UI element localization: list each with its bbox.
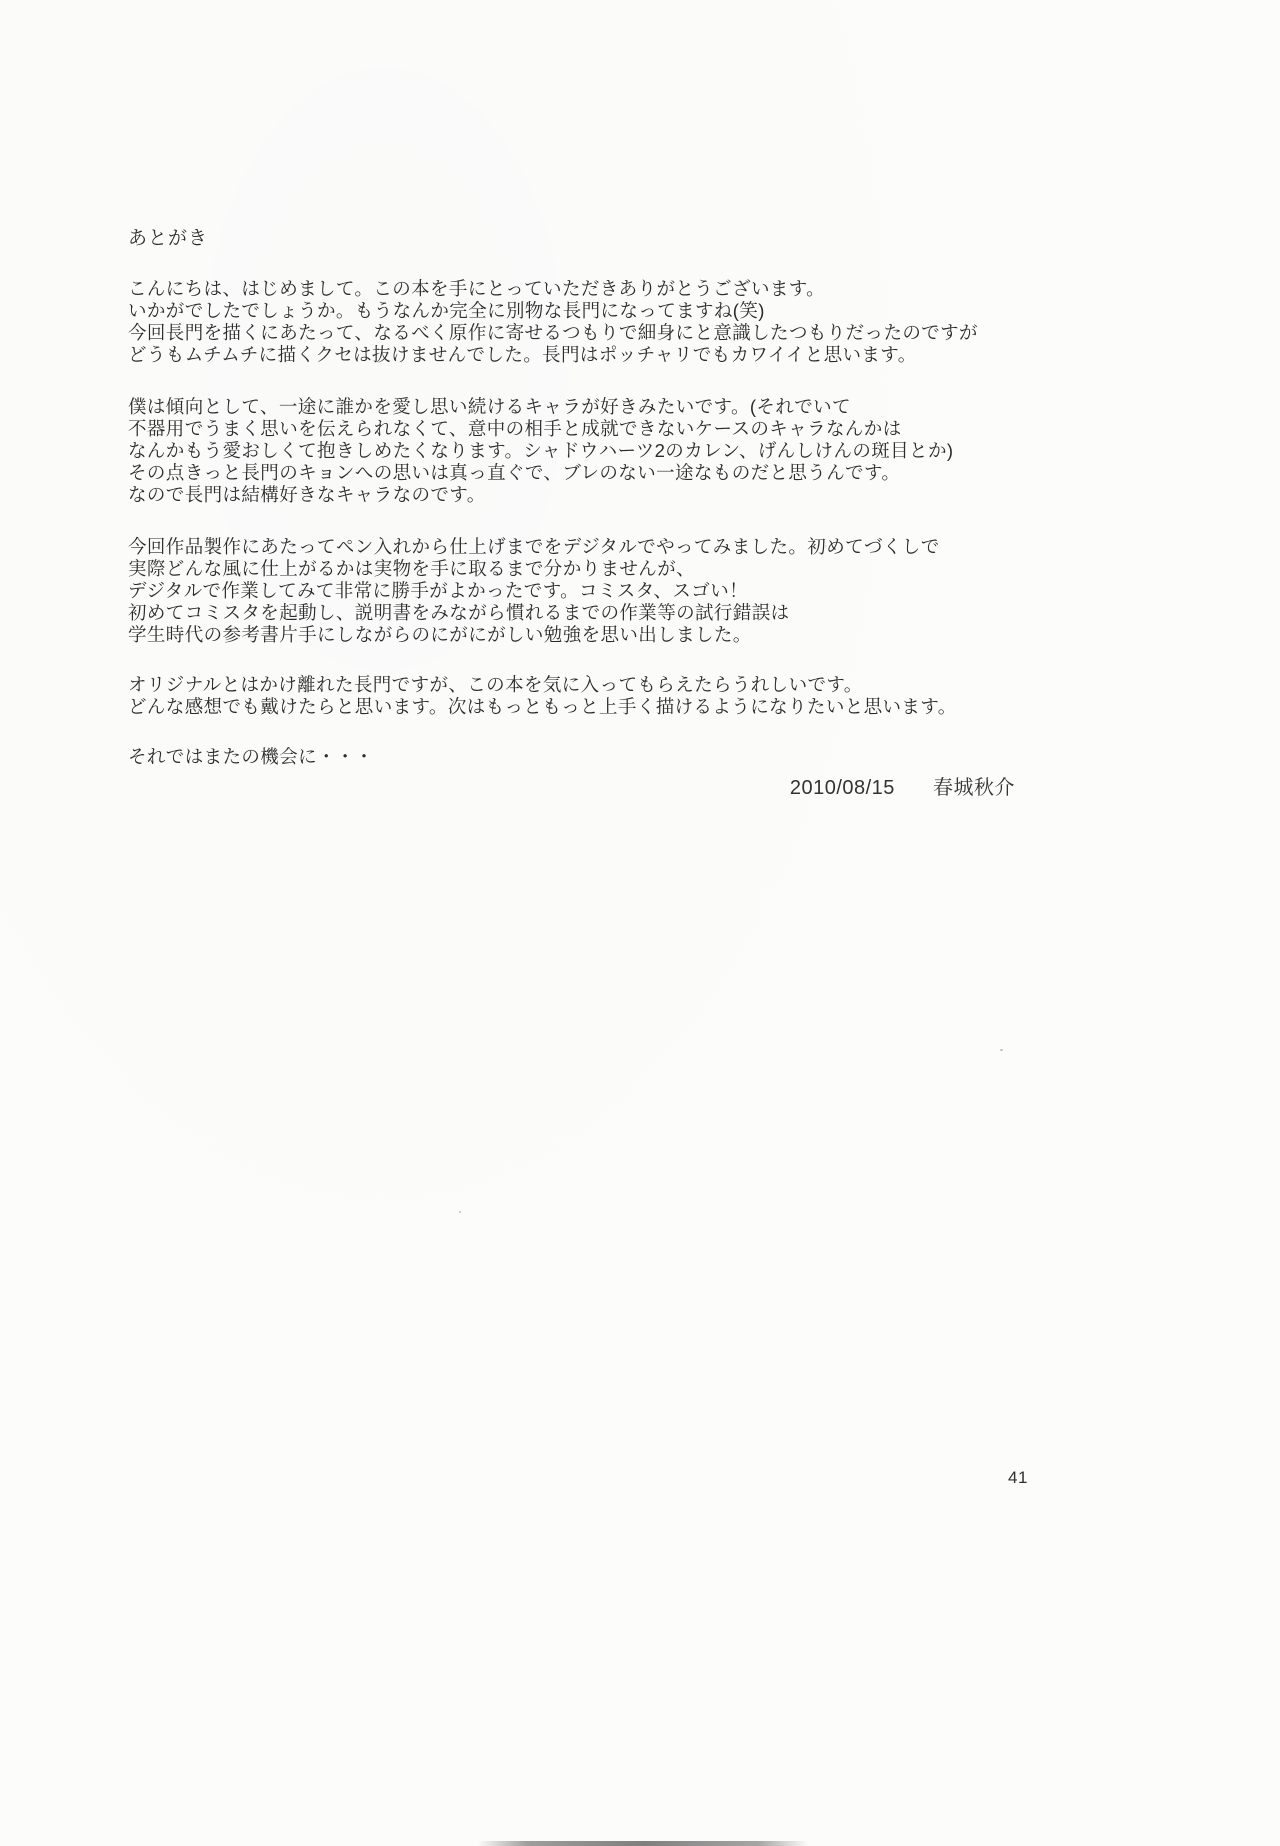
text-line: 不器用でうまく思いを伝えられなくて、意中の相手と成就できないケースのキャラなんか…: [128, 418, 1018, 440]
text-line: なので長門は結構好きなキャラなのです。: [128, 484, 1018, 506]
scan-speck: [459, 1211, 461, 1213]
closing-line: それではまたの機会に・・・: [128, 746, 1018, 768]
text-line: どんな感想でも戴けたらと思います。次はもっともっと上手く描けるようになりたいと思…: [128, 696, 1018, 718]
paragraph-greeting: こんにちは、はじめまして。この本を手にとっていただきありがとうございます。 いか…: [128, 278, 1018, 366]
text-line: その点きっと長門のキョンへの思いは真っ直ぐで、ブレのない一途なものだと思うんです…: [128, 462, 1018, 484]
text-line: オリジナルとはかけ離れた長門ですが、この本を気に入ってもらえたらうれしいです。: [128, 674, 1018, 696]
text-line: 今回作品製作にあたってペン入れから仕上げまでをデジタルでやってみました。初めてづ…: [128, 536, 1018, 558]
paragraph-thanks: オリジナルとはかけ離れた長門ですが、この本を気に入ってもらえたらうれしいです。 …: [128, 674, 1018, 718]
scan-speck: [825, 545, 827, 547]
text-line: 今回長門を描くにあたって、なるべく原作に寄せるつもりで細身にと意識したつもりだっ…: [128, 322, 1018, 344]
text-line: 学生時代の参考書片手にしながらのにがにがしい勉強を思い出しました。: [128, 624, 1018, 646]
scanned-page: あとがき こんにちは、はじめまして。この本を手にとっていただきありがとうございま…: [0, 0, 1280, 1846]
paragraph-digital-workflow: 今回作品製作にあたってペン入れから仕上げまでをデジタルでやってみました。初めてづ…: [128, 536, 1018, 646]
afterword-title: あとがき: [128, 228, 1018, 250]
text-line: いかがでしたでしょうか。もうなんか完全に別物な長門になってますね(笑): [128, 300, 1018, 322]
scan-speck: [1000, 1049, 1003, 1051]
signature-author: 春城秋介: [933, 777, 1015, 799]
afterword-body: あとがき こんにちは、はじめまして。この本を手にとっていただきありがとうございま…: [128, 228, 1018, 800]
page-number: 41: [1008, 1468, 1028, 1488]
paragraph-character-thoughts: 僕は傾向として、一途に誰かを愛し思い続けるキャラが好きみたいです。(それでいて …: [128, 396, 1018, 506]
text-line: 初めてコミスタを起動し、説明書をみながら慣れるまでの作業等の試行錯誤は: [128, 602, 1018, 624]
text-line: こんにちは、はじめまして。この本を手にとっていただきありがとうございます。: [128, 278, 1018, 300]
text-line: どうもムチムチに描くクセは抜けませんでした。長門はポッチャリでもカワイイと思いま…: [128, 344, 1018, 366]
text-line: 実際どんな風に仕上がるかは実物を手に取るまで分かりませんが、: [128, 558, 1018, 580]
text-line: 僕は傾向として、一途に誰かを愛し思い続けるキャラが好きみたいです。(それでいて: [128, 396, 1018, 418]
signature-date: 2010/08/15: [790, 777, 895, 799]
scan-edge-artifact: [478, 1841, 808, 1846]
signature-line: 2010/08/15 春城秋介: [128, 776, 1015, 800]
text-line: なんかもう愛おしくて抱きしめたくなります。シャドウハーツ2のカレン、げんしけんの…: [128, 440, 1018, 462]
text-line: デジタルで作業してみて非常に勝手がよかったです。コミスタ、スゴい！: [128, 580, 1018, 602]
